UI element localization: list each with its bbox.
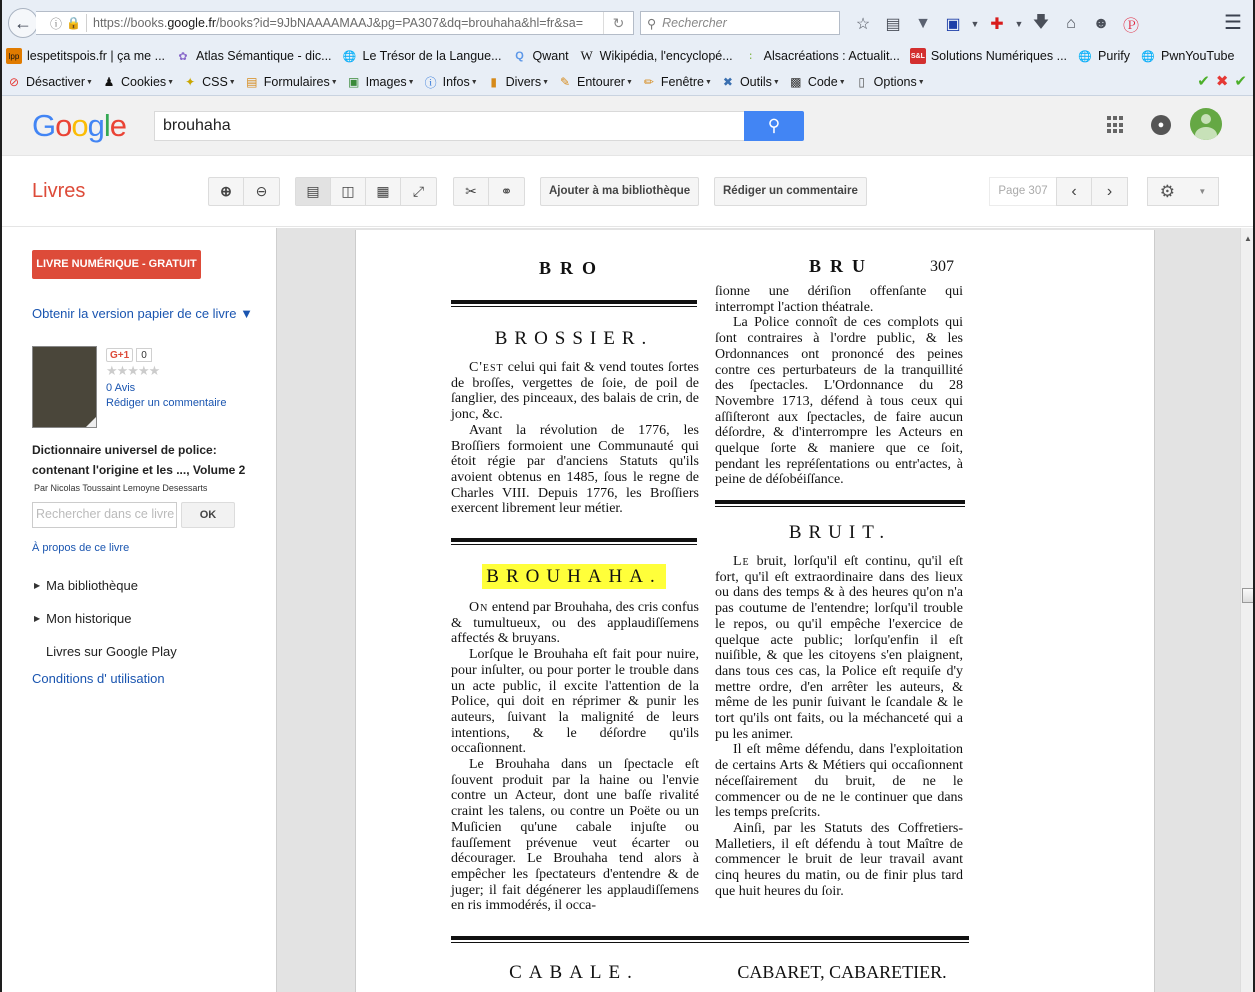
caret-down-icon: ▼ — [542, 79, 549, 86]
wd-label: Options — [874, 75, 917, 89]
two-page-icon[interactable]: ◫ — [331, 178, 366, 205]
page-number: 307 — [930, 258, 954, 276]
paragraph: ſionne une dériſion offenſante qui inter… — [715, 284, 963, 315]
bookmark-qwant[interactable]: QQwant — [512, 48, 569, 64]
vertical-scrollbar[interactable]: ▲ — [1240, 228, 1253, 992]
zoom-in-icon[interactable]: ⊕ — [209, 178, 244, 205]
bookmark-label: Atlas Sémantique - dic... — [196, 49, 331, 63]
book-cover-thumbnail[interactable] — [32, 346, 97, 428]
check-icon[interactable]: ✔ — [1234, 72, 1247, 90]
hamburger-menu-icon[interactable]: ☰ — [1221, 12, 1245, 36]
wd-misc-menu[interactable]: ▮Divers▼ — [486, 74, 549, 90]
bookmark-label: PwnYouTube — [1161, 49, 1234, 63]
triangle-right-icon: ▶ — [34, 581, 40, 590]
terms-of-use-link[interactable]: Conditions d' utilisation — [32, 671, 165, 686]
arrow-left-icon: ← — [14, 13, 32, 34]
paragraph: La Police connoît de ces complots qui ſo… — [715, 315, 963, 488]
lpp-favicon-icon: lpp — [6, 48, 22, 64]
link-icon[interactable]: ⚭ — [489, 178, 524, 205]
wd-label: Désactiver — [26, 75, 85, 89]
zoom-out-icon[interactable]: ⊖ — [244, 178, 279, 205]
browser-toolbar-icons: ☆ ▤ ▼ ▣ ▼ ✚ ▼ 🡇 ⌂ ☻ Ⓟ — [848, 12, 1146, 36]
livres-title[interactable]: Livres — [32, 180, 85, 203]
options-icon: ▯ — [854, 74, 870, 90]
search-icon: ⚲ — [768, 116, 780, 136]
bookmark-label: Solutions Numériques ... — [931, 49, 1067, 63]
clip-scissors-icon[interactable]: ✂ — [454, 178, 489, 205]
entry-title-brouhaha: BROUHAHA. — [451, 566, 697, 588]
caret-down-icon: ▼ — [408, 79, 415, 86]
paragraph: bruit, lorſqu'il eſt continu, qu'il eſt … — [715, 554, 963, 742]
fullscreen-icon[interactable]: ⤢ — [401, 178, 436, 205]
left-running-head: BRO — [539, 258, 605, 279]
tools-icon: ✖ — [720, 74, 736, 90]
bookmark-label: Le Trésor de la Langue... — [363, 49, 502, 63]
free-ebook-button[interactable]: LIVRE NUMÉRIQUE - GRATUIT — [32, 250, 201, 279]
gplus-widget[interactable]: G+1 0 — [106, 348, 152, 362]
browser-window: ← ⓘ 🔒 https://books.google.fr/books?id=9… — [2, 0, 1253, 992]
bookmarks-bar: lpplespetitspois.fr | ça me ... ✿Atlas S… — [2, 44, 1253, 68]
globe-icon: 🌐 — [1077, 48, 1093, 64]
book-page-scan: BRO BRU 307 BROSSIER. C'est celui qui fa… — [355, 230, 1155, 992]
page-number-input[interactable]: Page 307 — [989, 177, 1057, 206]
paragraph: entend par Brouhaha, des cris confus & t… — [451, 600, 699, 646]
caret-down-icon: ▼ — [1198, 187, 1206, 196]
qwant-favicon-icon: Q — [512, 48, 528, 64]
notifications-bell-icon[interactable]: ● — [1151, 115, 1171, 135]
search-icon: ⚲ — [647, 16, 656, 31]
account-avatar[interactable] — [1190, 108, 1222, 140]
wd-label: Cookies — [121, 75, 166, 89]
lock-icon[interactable]: 🔒 — [66, 16, 80, 30]
bookmark-wikipedia[interactable]: WWikipédia, l'encyclopé... — [579, 48, 733, 64]
caret-down-icon: ▼ — [918, 79, 925, 86]
sn-favicon-icon: S&L — [910, 48, 926, 64]
url-bar[interactable]: ⓘ 🔒 https://books.google.fr/books?id=9Jb… — [36, 11, 634, 35]
google-search-button[interactable]: ⚲ — [744, 111, 804, 141]
clip-link-controls: ✂ ⚭ — [453, 177, 525, 206]
bookmark-solutions-numeriques[interactable]: S&LSolutions Numériques ... — [910, 48, 1067, 64]
forms-icon: ▤ — [244, 74, 260, 90]
reading-list-icon[interactable]: ▤ — [878, 14, 908, 34]
right-column-bottom: Le bruit, lorſqu'il eſt continu, qu'il e… — [715, 554, 963, 899]
wd-label: Fenêtre — [661, 75, 704, 89]
bookmark-label: Wikipédia, l'encyclopé... — [600, 49, 733, 63]
validation-status: ✔ ✖ ✔ — [1197, 72, 1247, 90]
gplus-count: 0 — [136, 348, 152, 362]
divider-rule — [451, 538, 697, 545]
wd-tools-menu[interactable]: ✖Outils▼ — [720, 74, 780, 90]
error-icon[interactable]: ✖ — [1216, 72, 1229, 90]
atlas-favicon-icon: ✿ — [175, 48, 191, 64]
view-mode-controls: ▤ ◫ ▦ ⤢ — [295, 177, 437, 206]
code-terminal-icon: ▩ — [788, 74, 804, 90]
wd-cookies-menu[interactable]: ♟Cookies▼ — [101, 74, 174, 90]
entry-title-cabaret: CABARET, CABARETIER. — [715, 962, 969, 983]
single-page-icon[interactable]: ▤ — [296, 178, 331, 205]
pinterest-icon[interactable]: Ⓟ — [1116, 13, 1146, 36]
bookmark-label: Qwant — [533, 49, 569, 63]
url-path: /books?id=9JbNAAAAMAAJ&pg=PA307&dq=brouh… — [216, 16, 583, 30]
google-logo[interactable]: Google — [32, 108, 126, 144]
get-print-book-link[interactable]: Obtenir la version papier de ce livre ▼ — [32, 306, 253, 321]
caret-down-icon: ▼ — [167, 79, 174, 86]
about-book-link[interactable]: À propos de ce livre — [32, 542, 129, 554]
reviews-count-link[interactable]: 0 Avis — [106, 382, 135, 394]
disable-icon: ⊘ — [6, 74, 22, 90]
wikipedia-favicon-icon: W — [579, 48, 595, 64]
caret-down-icon: ▼ — [839, 79, 846, 86]
books-toolbar: Livres ⊕ ⊖ ▤ ◫ ▦ ⤢ ✂ ⚭ Ajouter à ma bibl… — [2, 157, 1253, 227]
bookmark-label: Purify — [1098, 49, 1130, 63]
google-search-input[interactable]: brouhaha — [154, 111, 744, 141]
outline-pencil-icon: ✎ — [557, 74, 573, 90]
caret-down-icon: ▼ — [229, 79, 236, 86]
home-icon[interactable]: ⌂ — [1056, 15, 1086, 33]
misc-icon: ▮ — [486, 74, 502, 90]
entry-title-brossier: BROSSIER. — [451, 328, 697, 350]
bookmark-atlas[interactable]: ✿Atlas Sémantique - dic... — [175, 48, 331, 64]
left-column-top: C'est celui qui fait & vend toutes ſorte… — [451, 360, 699, 517]
search-in-book-input[interactable]: Rechercher dans ce livre — [32, 502, 177, 528]
my-history-label: Mon historique — [46, 611, 131, 626]
bookmark-alsacreations[interactable]: ∶Alsacréations : Actualit... — [743, 48, 900, 64]
paragraph: Il eſt même défendu, dans l'exploitation… — [715, 742, 963, 821]
download-icon[interactable]: 🡇 — [1026, 11, 1056, 38]
browser-search-placeholder: Rechercher — [662, 16, 727, 30]
wd-label: Divers — [506, 75, 541, 89]
rating-stars: ★★★★★ — [106, 363, 159, 379]
wd-label: Images — [366, 75, 407, 89]
nav-bar: ← ⓘ 🔒 https://books.google.fr/books?id=9… — [2, 4, 1253, 42]
back-button[interactable]: ← — [8, 8, 38, 38]
gplus-button[interactable]: G+1 — [106, 348, 133, 362]
paragraph: Lorſque le Brouhaha eſt fait pour nuire,… — [451, 647, 699, 757]
google-header: Google brouhaha ⚲ ● — [2, 96, 1253, 156]
wd-outline-menu[interactable]: ✎Entourer▼ — [557, 74, 633, 90]
url-separator — [86, 14, 87, 32]
save-disk-icon[interactable]: ▣ — [938, 14, 968, 34]
bookmark-label: lespetitspois.fr | ça me ... — [27, 49, 165, 63]
info-icon: ⓘ — [423, 74, 439, 90]
book-author: Par Nicolas Toussaint Lemoyne Desessarts — [34, 483, 207, 493]
my-library-item[interactable]: ▶Ma bibliothèque — [34, 578, 138, 593]
wd-label: Entourer — [577, 75, 625, 89]
write-review-link[interactable]: Rédiger un commentaire — [106, 397, 226, 409]
globe-icon: 🌐 — [342, 48, 358, 64]
globe-icon: 🌐 — [1140, 48, 1156, 64]
wd-label: Code — [808, 75, 838, 89]
entry-title-cabale: CABALE. — [451, 962, 697, 984]
url-host: google.fr — [167, 16, 216, 30]
google-play-books-link[interactable]: Livres sur Google Play — [46, 644, 177, 659]
right-running-head: BRU — [809, 256, 874, 277]
paragraph: Ainſi, par les Statuts des Coffretiers-M… — [715, 821, 963, 900]
pocket-icon[interactable]: ▼ — [908, 15, 938, 33]
scroll-up-arrow-icon[interactable]: ▲ — [1244, 234, 1252, 243]
my-history-item[interactable]: ▶Mon historique — [34, 611, 131, 626]
thumbnail-grid-icon[interactable]: ▦ — [366, 178, 401, 205]
write-review-button[interactable]: Rédiger un commentaire — [714, 177, 867, 206]
alsacreations-favicon-icon: ∶ — [743, 48, 759, 64]
wd-label: Formulaires — [264, 75, 330, 89]
bookmark-pwnyoutube[interactable]: 🌐PwnYouTube — [1140, 48, 1234, 64]
images-icon: ▣ — [346, 74, 362, 90]
drop-word: Le — [733, 554, 750, 569]
wd-label: CSS — [202, 75, 228, 89]
my-library-label: Ma bibliothèque — [46, 578, 138, 593]
wd-code-menu[interactable]: ▩Code▼ — [788, 74, 846, 90]
divider-rule — [451, 936, 969, 943]
wd-options-menu[interactable]: ▯Options▼ — [854, 74, 925, 90]
page-nav: ‹ › — [1056, 177, 1128, 206]
entry-title-bruit: BRUIT. — [715, 522, 965, 544]
caret-down-icon: ▼ — [626, 79, 633, 86]
divider-rule — [451, 300, 697, 307]
gear-icon: ⚙ — [1160, 182, 1175, 202]
book-sidebar: LIVRE NUMÉRIQUE - GRATUIT Obtenir la ver… — [2, 228, 276, 992]
drop-word: C'est — [469, 360, 504, 375]
book-title: Dictionnaire universel de police: conten… — [32, 440, 262, 480]
bookmark-label: Alsacréations : Actualit... — [764, 49, 900, 63]
wd-disable-menu[interactable]: ⊘Désactiver▼ — [6, 74, 93, 90]
zoom-controls: ⊕ ⊖ — [208, 177, 280, 206]
search-in-book-ok-button[interactable]: OK — [181, 502, 235, 528]
search-highlight: BROUHAHA. — [482, 564, 665, 589]
add-to-library-button[interactable]: Ajouter à ma bibliothèque — [540, 177, 699, 206]
caret-down-icon: ▼ — [471, 79, 478, 86]
paragraph: Le Brouhaha dans un ſpectacle eſt ſouven… — [451, 757, 699, 914]
chevron-right-icon[interactable]: › — [1092, 178, 1127, 205]
wd-infos-menu[interactable]: ⓘInfos▼ — [423, 74, 478, 90]
browser-chrome: ← ⓘ 🔒 https://books.google.fr/books?id=9… — [2, 0, 1253, 96]
book-viewer[interactable]: BRO BRU 307 BROSSIER. C'est celui qui fa… — [276, 228, 1240, 992]
wd-images-menu[interactable]: ▣Images▼ — [346, 74, 415, 90]
caret-down-icon: ▼ — [705, 79, 712, 86]
right-column-top: ſionne une dériſion offenſante qui inter… — [715, 284, 963, 488]
wd-forms-menu[interactable]: ▤Formulaires▼ — [244, 74, 338, 90]
settings-dropdown[interactable]: ⚙ ▼ — [1147, 177, 1219, 206]
paragraph: Avant la révolution de 1776, les Broſſie… — [451, 423, 699, 517]
chevron-left-icon[interactable]: ‹ — [1057, 178, 1092, 205]
first-aid-icon[interactable]: ✚ — [982, 14, 1012, 34]
apps-grid-icon[interactable] — [1107, 116, 1125, 134]
smiley-icon[interactable]: ☻ — [1086, 15, 1116, 33]
bookmark-purify[interactable]: 🌐Purify — [1077, 48, 1130, 64]
check-icon[interactable]: ✔ — [1197, 72, 1210, 90]
wd-css-menu[interactable]: ✦CSS▼ — [182, 74, 236, 90]
left-column-bottom: On entend par Brouhaha, des cris confus … — [451, 600, 699, 914]
wd-label: Infos — [443, 75, 470, 89]
google-play-books-label: Livres sur Google Play — [46, 644, 177, 659]
info-icon[interactable]: ⓘ — [46, 15, 66, 32]
scrollbar-thumb[interactable] — [1242, 588, 1253, 603]
wd-resize-menu[interactable]: ✏Fenêtre▼ — [641, 74, 712, 90]
wd-label: Outils — [740, 75, 772, 89]
bookmark-tresor[interactable]: 🌐Le Trésor de la Langue... — [342, 48, 502, 64]
drop-word: On — [469, 600, 488, 615]
resize-ruler-icon: ✏ — [641, 74, 657, 90]
caret-down-icon: ▼ — [773, 79, 780, 86]
caret-down-icon: ▼ — [86, 79, 93, 86]
reload-icon[interactable]: ↻ — [603, 12, 633, 34]
divider-rule — [715, 500, 965, 507]
browser-search-input[interactable]: ⚲ Rechercher — [640, 11, 840, 35]
css-wand-icon: ✦ — [182, 74, 198, 90]
bookmark-lespetitspois[interactable]: lpplespetitspois.fr | ça me ... — [6, 48, 165, 64]
caret-down-icon: ▼ — [331, 79, 338, 86]
bookmark-star-icon[interactable]: ☆ — [848, 14, 878, 34]
web-developer-toolbar: ⊘Désactiver▼ ♟Cookies▼ ✦CSS▼ ▤Formulaire… — [2, 70, 1253, 94]
dropdown-icon[interactable]: ▼ — [968, 19, 982, 29]
triangle-right-icon: ▶ — [34, 614, 40, 623]
dropdown-icon[interactable]: ▼ — [1012, 19, 1026, 29]
url-prefix: https://books. — [93, 16, 167, 30]
cookies-icon: ♟ — [101, 74, 117, 90]
